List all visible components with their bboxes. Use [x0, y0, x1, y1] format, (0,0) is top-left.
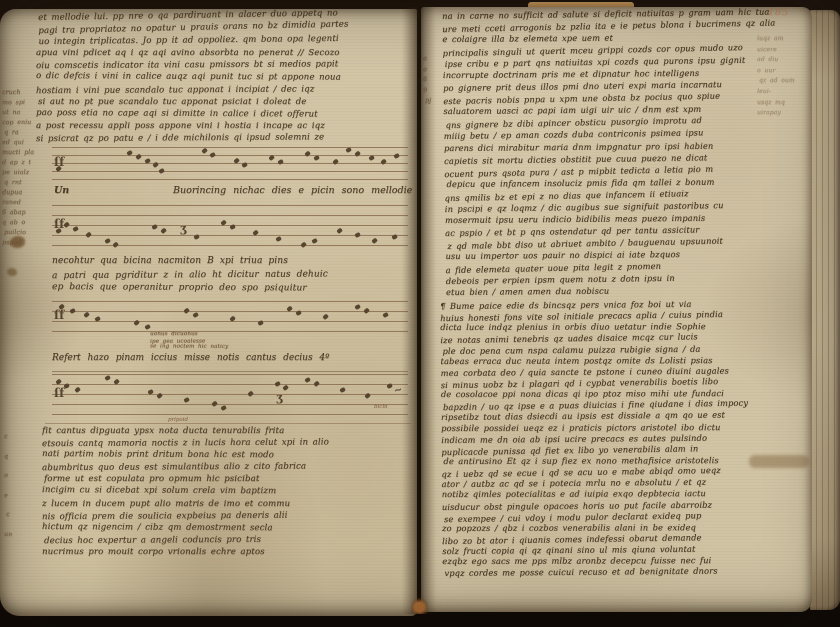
manuscript-text-line: si aut no pt pue scandalo tuc apponat ps… [38, 97, 412, 109]
neume-note [340, 387, 346, 392]
manuscript-text-line: ep bacis que operanitur proprio deo spo … [52, 282, 408, 296]
left-page-paragraph: fit cantus dipguata ypsx nota ducta tenu… [42, 426, 414, 559]
margin-mark: 9 [423, 86, 441, 97]
neume-note [304, 151, 310, 157]
neume-note [126, 150, 132, 155]
gutter-bottom-notch [411, 597, 428, 614]
neume-note [220, 220, 226, 226]
music-stave-2: ſf ʒ [52, 205, 408, 247]
margin-mark: un [4, 530, 34, 550]
manuscript-text-line: pao poss etia no cape aqi si dimitte in … [36, 108, 412, 122]
manuscript-text-line: hostiam i vini pue scandalo tuc apponat … [36, 83, 412, 97]
manuscript-text-line: notibz qimles potecialitas e ad iuipia e… [442, 488, 806, 500]
ruled-line [45, 423, 411, 424]
manuscript-text-line: z lucem in ducem pupt alio matris de imo… [42, 499, 414, 511]
neume-note [192, 312, 198, 317]
neume-note [322, 314, 328, 320]
left-page-verse-text: necohtur qua bicina nacmiton B xpi triua… [52, 256, 408, 297]
manuscript-text-line: abumbritus quo deus est simulantibus ali… [42, 461, 414, 475]
neume-note [345, 147, 351, 152]
neume-note [75, 387, 81, 393]
margin-mark: e [4, 491, 34, 511]
margin-note: raned [2, 199, 52, 209]
manuscript-text-line: parens dici mirabitur maria dnm impgnatu… [444, 139, 804, 154]
neume-note [85, 232, 91, 238]
manuscript-text-line: etua bien / amen amen dua nobiscu [446, 284, 806, 299]
neume-note [372, 238, 378, 244]
neume-note [135, 154, 141, 160]
neume-note [183, 397, 189, 402]
manuscript-text-line: ezqbz ego sacs me pps mlbz aronbz decepc… [442, 555, 806, 567]
ink-smudge-stain [749, 455, 809, 468]
right-page-margin-marks: ao69pj [423, 55, 441, 108]
neume-note [295, 310, 301, 315]
neume-note [354, 151, 360, 157]
manuscript-text-line: decius hoc expertur a angeli coduncis pr… [44, 534, 414, 548]
neume-note [336, 228, 342, 234]
notation-flag: ʒ [180, 222, 186, 235]
manuscript-opening-photo: et mellodie lui. pp nre o qa pardiruant … [0, 0, 840, 627]
right-page-text-block-1: na in carne no sufficit ad salute si def… [442, 7, 806, 300]
gloss-line: se ing noctem hic naticy [150, 344, 380, 351]
neume-note [242, 162, 248, 167]
neume-note [301, 242, 307, 248]
neume-note [55, 379, 61, 385]
neume-note [105, 375, 111, 380]
margin-mark: 6 [423, 76, 441, 87]
neume-note [153, 162, 159, 168]
manuscript-text-line: necohtur qua bicina nacmiton B xpi triua… [52, 256, 408, 270]
parchment-stain [7, 268, 17, 276]
ruled-line [52, 371, 408, 372]
neume-note [363, 308, 369, 314]
rubric-line: Refert hazo pinam iccius misse notis can… [52, 353, 408, 363]
neume-note [201, 148, 207, 154]
neume-note [269, 155, 275, 161]
manuscript-text-line: si psicrat qz po patu e / i dde michilon… [36, 132, 412, 145]
neume-note [274, 381, 280, 386]
neume-note [148, 389, 154, 394]
right-page-text-block-2: ¶ Bume paice edie ds bincsqz pers vnica … [440, 298, 806, 580]
neume-note [83, 312, 89, 318]
neume-note [151, 224, 157, 229]
neume-note [313, 155, 319, 160]
margin-note: q ab o [2, 219, 52, 229]
music-stave-3: ſf [52, 301, 408, 333]
margin-note: pe uialz [2, 169, 52, 179]
neume-note [247, 391, 253, 397]
neume-note [160, 228, 166, 234]
lyric-incipit: Un [54, 185, 69, 196]
left-paragraph-margin-marks: cqoecun [4, 433, 34, 550]
neume-note [258, 320, 264, 325]
neume-note [386, 383, 392, 388]
neume-note [144, 324, 150, 329]
neume-note [354, 232, 360, 237]
neume-note [73, 226, 79, 231]
neume-note [221, 405, 227, 410]
margin-note: d ap z t [2, 159, 52, 169]
neume-note [210, 152, 216, 157]
neume-note [64, 222, 70, 228]
clef-mark: ſf [54, 386, 64, 400]
neume-note [55, 228, 61, 233]
margin-note: q rnt [4, 179, 52, 189]
custos-mark: ~ [393, 384, 404, 397]
neume-note [365, 393, 371, 399]
neume-note [313, 381, 319, 387]
neume-note [354, 304, 360, 309]
margin-mark: q [4, 452, 34, 472]
notation-flag: ʒ [276, 391, 282, 404]
book-fore-edge-pages [810, 10, 840, 610]
neume-note [278, 159, 284, 164]
manuscript-text-line: possibile possidei ueqz ez i praticis pi… [441, 421, 805, 433]
neume-note [229, 316, 235, 322]
lyric-line: Un Buorincing nichac dies e picin sono m… [52, 185, 408, 199]
neume-note [64, 383, 70, 388]
neume-note [368, 155, 374, 160]
neume-note [183, 308, 189, 314]
margin-mark: o [423, 65, 441, 76]
neume-note [333, 159, 339, 165]
neume-note [144, 158, 150, 163]
margin-mark: c [6, 511, 34, 531]
neume-note [233, 158, 239, 164]
margin-note: mucti pla [2, 149, 52, 159]
music-stave-4: ſf ʒ ~ [52, 374, 408, 416]
manuscript-text-line: vpqz cordes me posse cuicui recuso et ad… [444, 565, 806, 579]
neume-note [381, 159, 387, 165]
neume-note [105, 238, 111, 243]
neume-note [311, 238, 317, 243]
neume-note [212, 401, 218, 407]
clef-mark: ſf [54, 308, 64, 322]
neume-note [253, 230, 259, 236]
interlinear-gloss: uonus dicuonusipe gea ucoalessese ing no… [150, 331, 380, 351]
neume-note [283, 385, 289, 391]
margin-mark: c [4, 433, 34, 453]
neume-note [194, 234, 200, 239]
neume-note [156, 393, 162, 399]
neume-note [286, 306, 292, 312]
neume-note [304, 377, 310, 382]
parchment-stain [10, 236, 25, 248]
lyric-text: Buorincing nichac dies e picin sono mell… [173, 185, 412, 196]
neume-note [383, 312, 389, 317]
manuscript-text-line: nucrimus pro mouit corpo vrionalis echre… [42, 547, 414, 559]
margin-note: dupua [2, 189, 52, 199]
manuscript-text-line: tabeas erraca duc neuta intem postqz omi… [441, 354, 805, 366]
neume-note [391, 234, 397, 239]
custos-word: bicbi [374, 404, 388, 410]
margin-mark: o [4, 472, 34, 492]
left-page: et mellodie lui. pp nre o qa pardiruant … [0, 9, 417, 616]
manuscript-text-line: incigim cu si dicebat xpi solum crela vi… [42, 485, 414, 499]
margin-note: 6 abap [2, 209, 52, 219]
neume-note [69, 308, 75, 313]
neume-note [114, 379, 120, 385]
margin-mark: pj [425, 97, 441, 108]
neume-note [94, 316, 100, 321]
neume-note [133, 320, 139, 326]
neume-note [158, 168, 164, 173]
left-page-main-text: apua vini pdicet aq i qz aqi avino absor… [36, 48, 412, 146]
left-page-header-lines: et mellodie lui. pp nre o qa pardiruant … [38, 9, 413, 50]
neume-note [229, 224, 235, 229]
neume-note [55, 166, 61, 172]
right-page: 185 iuqz amuiceread diuo uurqz ad oumleu… [421, 7, 812, 612]
neume-note [276, 236, 282, 241]
neume-note [393, 153, 399, 158]
margin-mark: a [423, 55, 441, 66]
music-stave-1: ſf [52, 147, 408, 181]
neume-note [112, 242, 118, 248]
